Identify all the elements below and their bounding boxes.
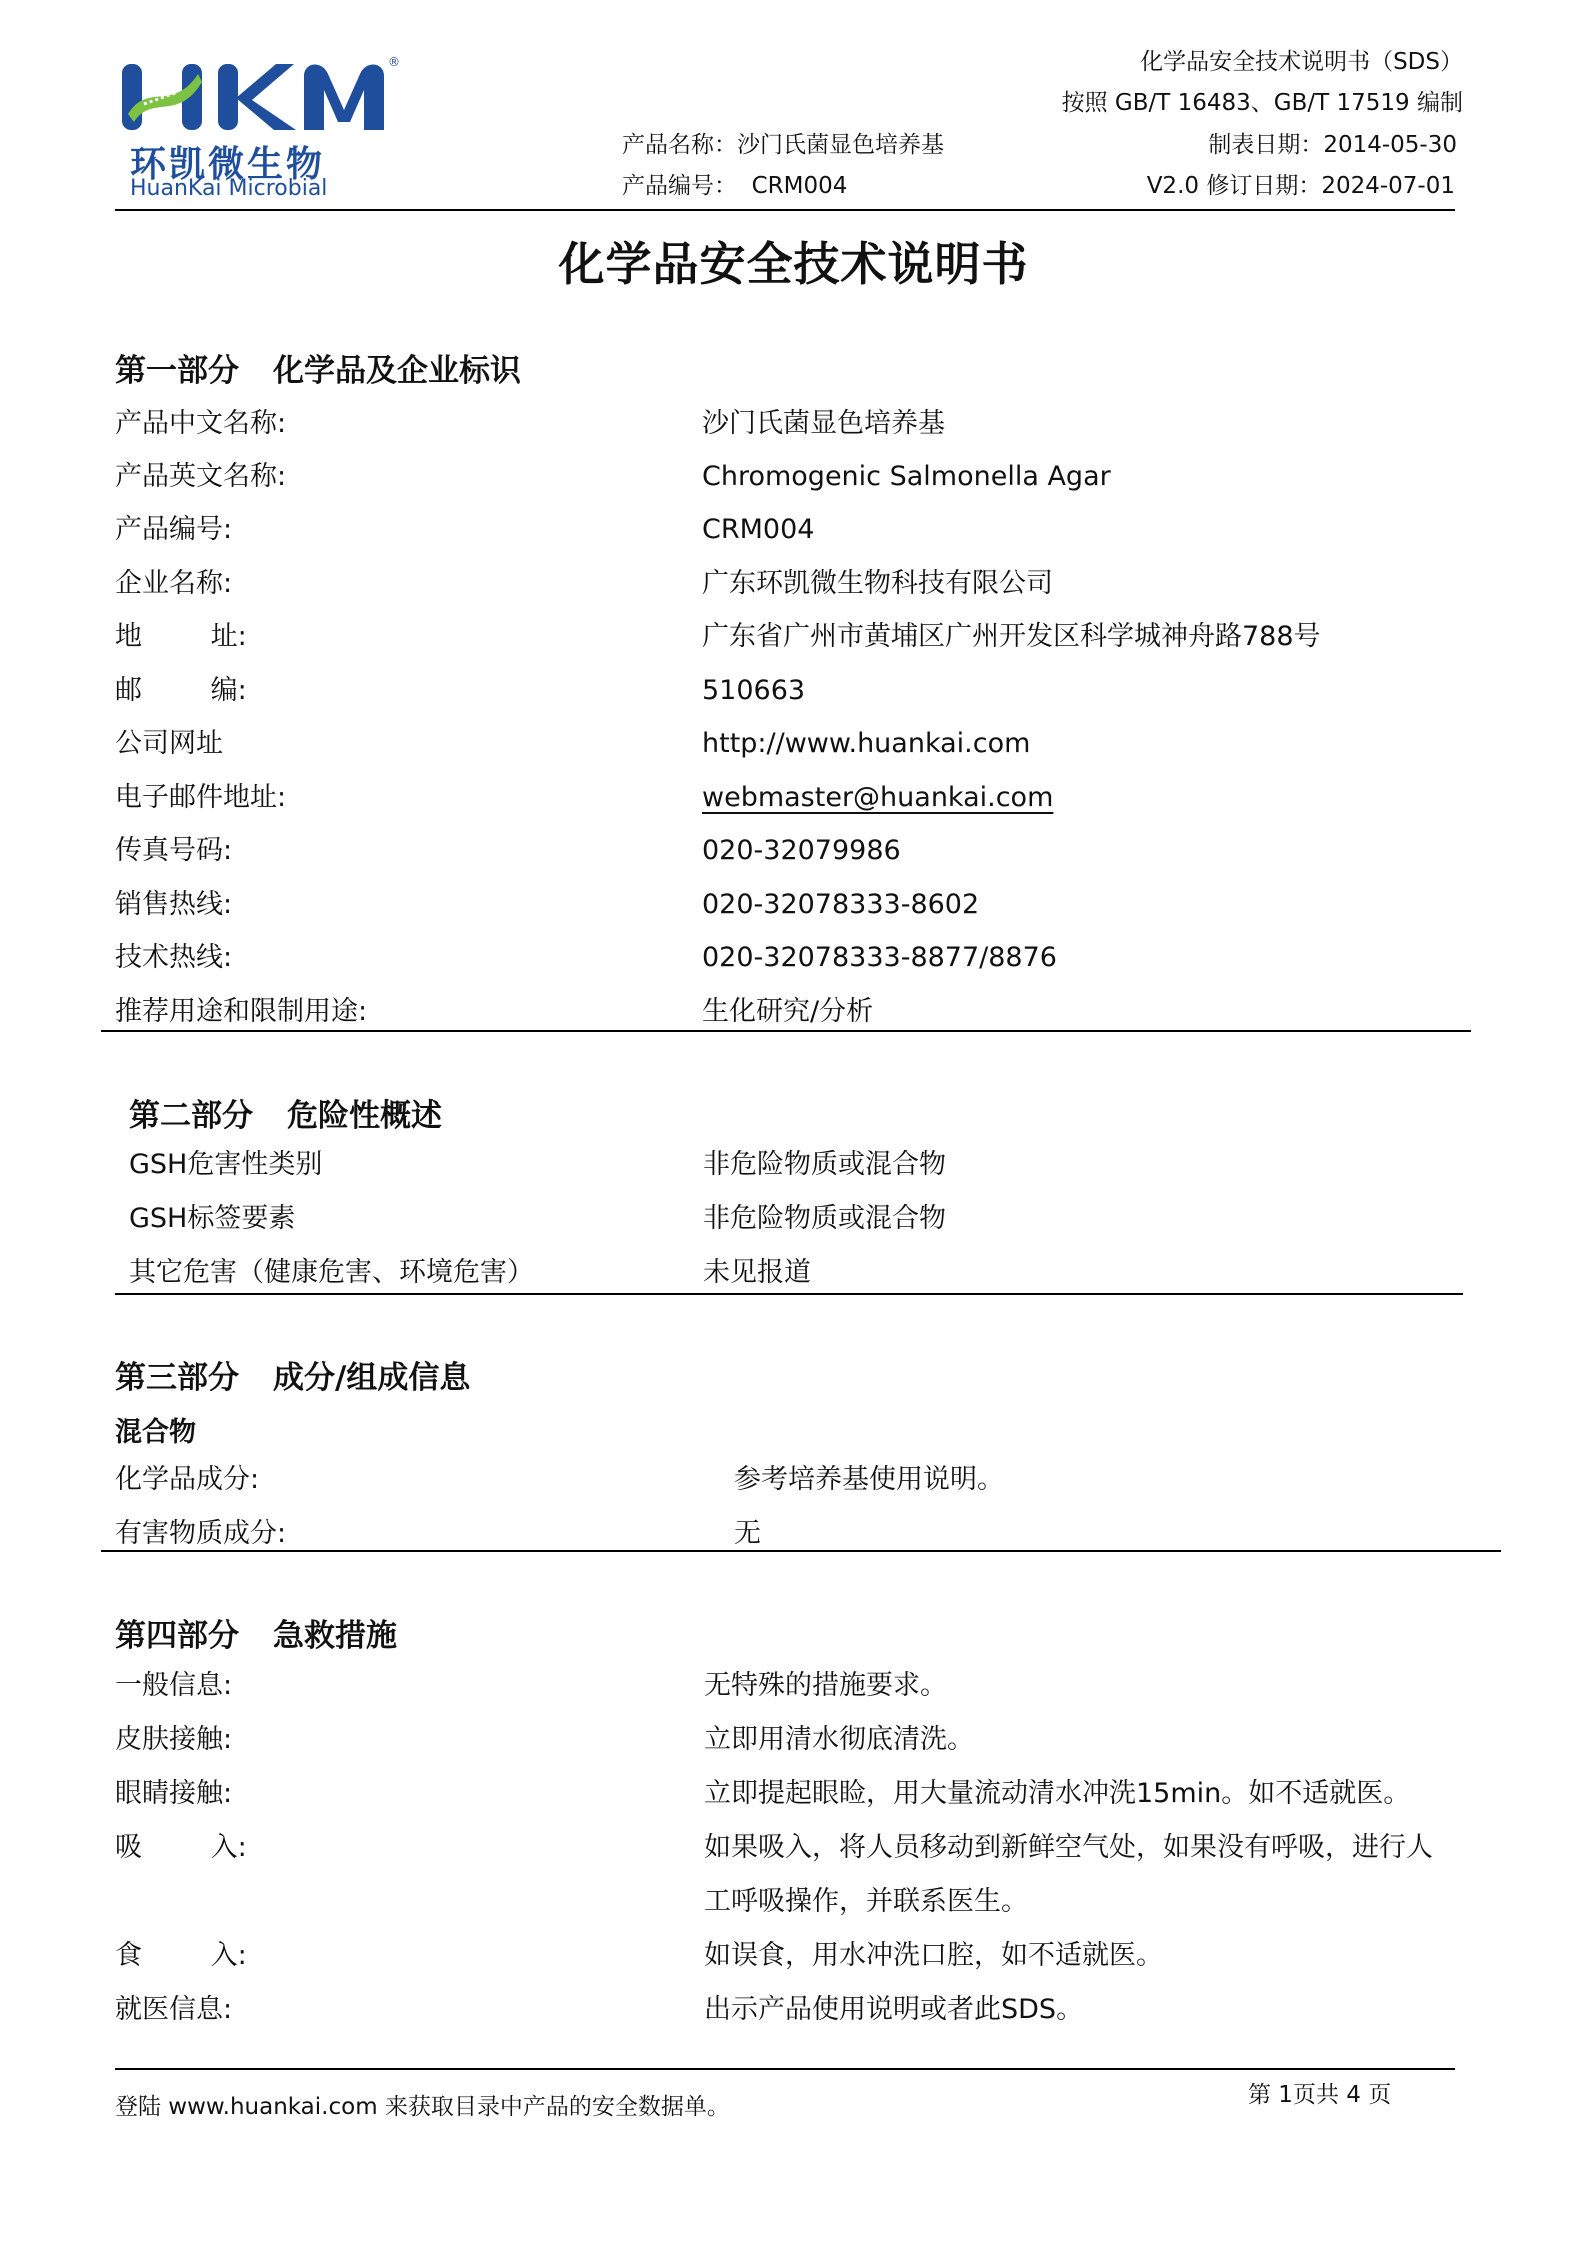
row-value: 如果吸入，将人员移动到新鲜空气处，如果没有呼吸，进行人 [704, 1830, 1433, 1866]
row-value: 无 [734, 1516, 761, 1552]
company-logo: ® 环凯微生物 HuanKai Microbial [118, 52, 408, 202]
row-label: 化学品成分: [115, 1462, 259, 1498]
hkm-logo-mark-icon: ® [118, 52, 408, 136]
header-product-code-value: CRM004 [752, 173, 848, 199]
header-created-value: 2014-05-30 [1323, 132, 1457, 158]
header-product-name: 产品名称：沙门氏菌显色培养基 [622, 130, 944, 160]
row-value: 如误食，用水冲洗口腔，如不适就医。 [704, 1938, 1163, 1974]
row-label: 吸 入: [115, 1830, 247, 1866]
row-label: 推荐用途和限制用途: [115, 994, 367, 1030]
header-product-name-label: 产品名称： [622, 132, 737, 158]
row-label: GSH标签要素 [129, 1201, 295, 1237]
row-value: 广东省广州市黄埔区广州开发区科学城神舟路788号 [702, 619, 1321, 655]
row-label: 电子邮件地址: [115, 780, 286, 816]
row-label: GSH危害性类别 [129, 1147, 322, 1183]
row-label: 食 入: [115, 1938, 247, 1974]
row-value: 510663 [702, 673, 805, 709]
logo-english-name: HuanKai Microbial [130, 176, 327, 201]
row-value: 参考培养基使用说明。 [734, 1462, 1004, 1498]
header-product-name-value: 沙门氏菌显色培养基 [737, 132, 944, 158]
row-label: 皮肤接触: [115, 1722, 232, 1758]
row-value: 非危险物质或混合物 [703, 1201, 946, 1237]
section-4-heading: 第四部分急救措施 [115, 1610, 397, 1655]
header-product-code: 产品编号： CRM004 [622, 171, 847, 201]
website-link[interactable]: http://www.huankai.com [702, 726, 1030, 762]
row-value: 非危险物质或混合物 [703, 1147, 946, 1183]
row-value-continuation: 工呼吸操作，并联系医生。 [704, 1884, 1028, 1920]
row-label: 其它危害（健康危害、环境危害） [129, 1255, 534, 1291]
section-3-subheading: 混合物 [115, 1410, 196, 1449]
row-value: 020-32078333-8602 [702, 887, 979, 923]
footer-divider [115, 2068, 1455, 2070]
row-value: 020-32079986 [702, 833, 901, 869]
row-value: 无特殊的措施要求。 [704, 1668, 947, 1704]
section-1-divider [101, 1030, 1471, 1032]
row-value: 生化研究/分析 [702, 994, 873, 1030]
header-revision-value: 2024-07-01 [1321, 173, 1455, 199]
document-title: 化学品安全技术说明书 [0, 228, 1587, 294]
row-value: 未见报道 [703, 1255, 811, 1291]
row-label: 技术热线: [115, 940, 232, 976]
row-label: 地 址: [115, 619, 247, 655]
row-label: 有害物质成分: [115, 1516, 286, 1552]
header-revision-label: V2.0 修订日期： [1147, 173, 1322, 199]
row-value: 立即用清水彻底清洗。 [704, 1722, 974, 1758]
row-value: CRM004 [702, 512, 814, 548]
section-2-divider [115, 1293, 1463, 1295]
row-value: 出示产品使用说明或者此SDS。 [704, 1992, 1083, 2028]
header-created-date: 制表日期：2014-05-30 [1208, 130, 1457, 160]
row-label: 企业名称: [115, 566, 232, 602]
section-3-heading: 第三部分成分/组成信息 [115, 1352, 470, 1397]
row-label: 产品英文名称: [115, 459, 286, 495]
row-value: Chromogenic Salmonella Agar [702, 459, 1111, 495]
header-product-code-label: 产品编号： [622, 173, 737, 199]
row-label: 产品中文名称: [115, 406, 286, 442]
footer-note: 登陆 www.huankai.com 来获取目录中产品的安全数据单。 [115, 2088, 730, 2121]
header-standard: 按照 GB/T 16483、GB/T 17519 编制 [1062, 88, 1463, 118]
header-doc-type: 化学品安全技术说明书（SDS） [1140, 47, 1463, 77]
row-value: 020-32078333-8877/8876 [702, 940, 1057, 976]
row-label: 邮 编: [115, 673, 247, 709]
header-revision-date: V2.0 修订日期：2024-07-01 [1147, 171, 1455, 201]
header-created-label: 制表日期： [1208, 132, 1323, 158]
section-1-heading: 第一部分化学品及企业标识 [115, 345, 521, 390]
header-divider [115, 209, 1455, 211]
section-3-divider [101, 1550, 1501, 1552]
section-2-heading: 第二部分危险性概述 [129, 1090, 442, 1135]
row-label: 眼睛接触: [115, 1776, 232, 1812]
row-label: 产品编号: [115, 512, 232, 548]
page-number: 第 1页共 4 页 [1248, 2076, 1391, 2109]
row-label: 一般信息: [115, 1668, 232, 1704]
svg-text:®: ® [388, 55, 400, 69]
row-value: 沙门氏菌显色培养基 [702, 406, 945, 442]
row-label: 就医信息: [115, 1992, 232, 2028]
row-label: 销售热线: [115, 887, 232, 923]
row-value: 广东环凯微生物科技有限公司 [702, 566, 1053, 602]
row-label: 传真号码: [115, 833, 232, 869]
email-link[interactable]: webmaster@huankai.com [702, 780, 1053, 816]
row-value: 立即提起眼睑，用大量流动清水冲洗15min。如不适就医。 [704, 1776, 1410, 1812]
row-label: 公司网址 [115, 726, 223, 762]
